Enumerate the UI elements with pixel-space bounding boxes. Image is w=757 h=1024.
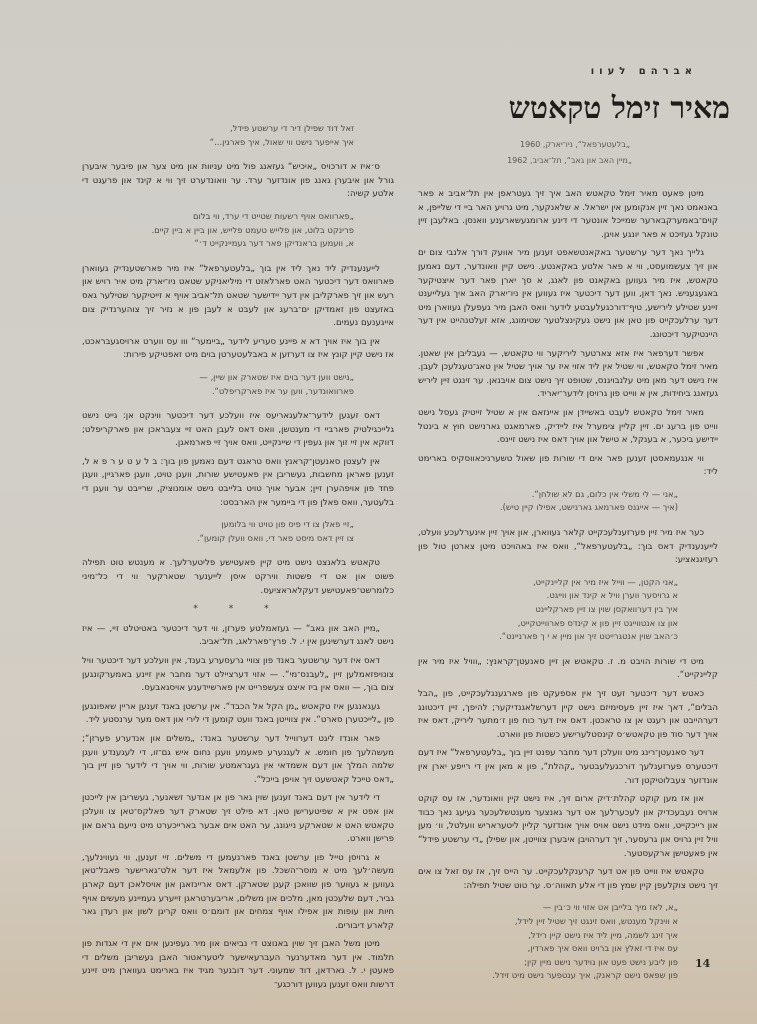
verse-line: „אני הקטן, — ווייל איז מיר אין קליינקייט… [418,576,678,590]
paragraph: „מיין האב און גאב“ — געזאמלטע פערזן, ווי… [82,623,394,650]
verse-line: איך זינג לשמה, מיין ליד איז נישט קיין רי… [418,929,678,943]
paragraph: פאר אונדז ליגט דערווייל דער ערשטער באנד:… [82,733,394,787]
verse-quote: „נישט ווען דער בוים איז שטארק און שיין, … [82,371,394,398]
verse-line: איך אייפער נישט ווי שאול, איך פארגין...“ [82,136,354,150]
paragraph: מיטן פאעט מאיר זימל טקאטש האב איך זיך גע… [418,188,718,242]
verse-line: כ׳האב שוין אנטגרייטט זיך און מיין א י ך … [418,630,678,644]
verse-line: „פארוואס אויף רשעות שטייט די ערד, ווי בל… [82,210,354,224]
verse-quote: „א, לאז מיך בלייבן אט אזוי ווי כ׳בין — א… [418,901,718,983]
verse-line: פון שפאס נישט קראנק, איך ענטפער נישט מיט… [418,969,678,983]
paragraph: געגאנגען איז טקאטש „מן הקל אל הכבד“. אין… [82,701,394,728]
book-reference-1: „בלעטערפאל“, ניו־יארק, 1960 [430,140,630,149]
verse-quote: „פארוואס אויף רשעות שטייט די ערד, ווי בל… [82,210,394,251]
paragraph: מיט די שורות הויבט מ. ז. טקאטש אן זיין ס… [418,656,718,683]
paragraph: די לידער אין דעם באנד זענען שוין גאר פון… [82,792,394,846]
verse-quote: „אני הקטן, — ווייל איז מיר אין קליינקייט… [418,576,718,644]
verse-line: (איך — אייגנס פארמאג גארנישט, אפילו קיין… [418,501,678,515]
author-name: אברהם לעוו [591,66,697,77]
paragraph: דאס זעגען לידער־אלעגאריעס איז וועלכע דער… [82,410,394,451]
paragraph: טקאטש איז ווייט פון אט דער קרענקלעכקייט.… [418,866,718,893]
section-divider: * * * [82,603,394,617]
verse-line: א ווינקל מענטש, וואס זינגט זיך שטיל זיין… [418,915,678,929]
verse-line: פון ליבע נישט פעט און גוידער נישט מיין ק… [418,956,678,970]
verse-line: צו זיין דאס מיסט פאר די, וואס וועלן קומע… [82,532,354,546]
verse-line: א גרויסער ווערן וויל א קינד און ווייגט. [418,589,678,603]
paragraph: אין בוך איז אויך דא א פיינע סעריע לידער … [82,336,394,363]
paragraph: אין לעצטן סאנעטן־קראנץ וואס טראגט דעם נא… [82,456,394,510]
verse-line: פארוואונדער, ווען ער איז פארקריפלט“. [82,385,354,399]
paragraph: מאיר זימל טקאטש לעבט באשיידן און איינזאם… [418,407,718,448]
paragraph: דאס איז דער ערשטער באנד פון צוויי גרעסער… [82,655,394,696]
paragraph: כאטש דער דיכטער זעט זיך אין אספעקט פון פ… [418,688,718,742]
paragraph: לייענענדיק ליד נאך ליד אין בוך „בלעטערפא… [82,263,394,331]
paragraph: גלייך נאך דער ערשטער באקאנטשאפט זענען מי… [418,247,718,342]
paragraph: טקאטש בלאנצט נישט מיט קיין פאעטישע פליטע… [82,557,394,598]
magazine-page: אברהם לעוו מאיר זימל טקאטש „בלעטערפאל“, … [0,0,757,1024]
verse-line: „זיי פאלן צו די פיס פון טויט ווי בלומען [82,518,354,532]
paragraph: און אז מען קוקט קהלת׳דיק ארום זיך, איז נ… [418,793,718,861]
verse-line: און צו אנטווייגט זיין פון א קינדס פארווי… [418,617,678,631]
left-column: זאל דוד שפילן דיר די ערשטע פידל, איך איי… [82,122,394,998]
verse-line: זאל דוד שפילן דיר די ערשטע פידל, [82,122,354,136]
paragraph: דער סאנעטן־רינג מיט וועלכן דער מחבר עפנט… [418,747,718,788]
verse-quote: „אני — לי משלי אין כלום, גם לא שולחן“. (… [418,488,718,515]
verse-line: „נישט ווען דער בוים איז שטארק און שיין, … [82,371,354,385]
verse-line: א, וועמען בראנדיקן פאר דער געמיינקייט ד׳… [82,237,354,251]
verse-quote: „זיי פאלן צו די פיס פון טויט ווי בלומען … [82,518,394,545]
verse-line: פרינקט בלוט, און פלייש טעמט פלייש, און ב… [82,224,354,238]
book-reference-2: „מיין האב און גאב“, תל־אביב, 1962 [400,156,632,165]
paragraph: כער איז מיר זיין פערזענלעכקייט קלאר געוו… [418,527,718,568]
verse-line: איך בין דערוואקסן שוין צו זיין פארקליינט [418,603,678,617]
paragraph: מיטן משל האבן זיך שוין באנוצט די נביאים … [82,938,394,992]
paragraph: א גרויסן טייל פון ערשטן באנד פארנעמען די… [82,852,394,934]
paragraph: ווי אנגעמאסטן זענען פאר אים די שורות פון… [418,453,718,480]
page-number: 14 [695,957,710,970]
right-column: מיטן פאעט מאיר זימל טקאטש האב איך זיך גע… [418,188,718,995]
verse-line: „אני — לי משלי אין כלום, גם לא שולחן“. [418,488,678,502]
verse-line: „א, לאז מיך בלייבן אט אזוי ווי כ׳בין — [418,901,678,915]
verse-quote: זאל דוד שפילן דיר די ערשטע פידל, איך איי… [82,122,394,149]
verse-line: עס איז די זאלץ און ברויט וואס איך פארדין… [418,942,678,956]
paragraph: ס׳איז א דורכויס „איכיש“ געזאנג פול מיט ע… [82,161,394,202]
article-title: מאיר זימל טקאטש [430,92,738,126]
paragraph: אפשר דערפאר איז אזא צארטער ליריקער ווי ט… [418,348,718,402]
